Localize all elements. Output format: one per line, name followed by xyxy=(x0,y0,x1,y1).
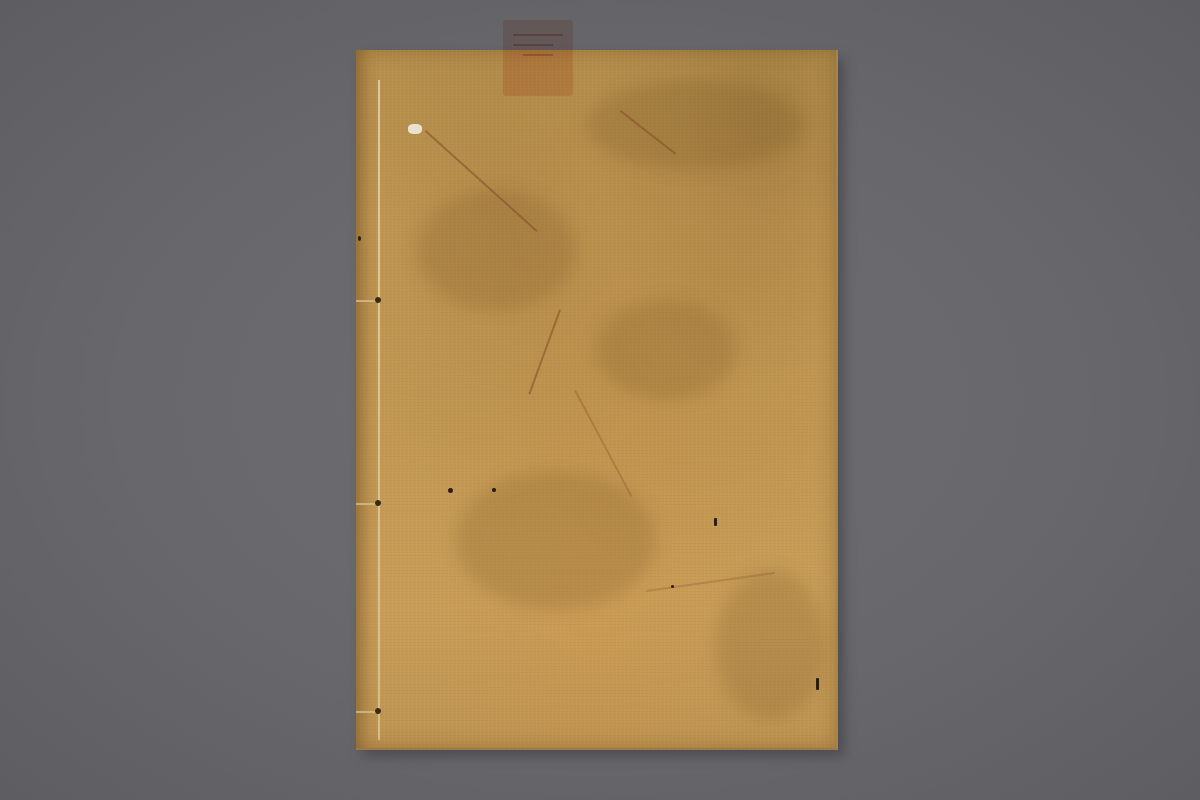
book-cover xyxy=(356,50,838,750)
worn-spot xyxy=(408,124,422,134)
binding-thread xyxy=(378,80,380,740)
seal-stroke xyxy=(513,44,553,46)
speck xyxy=(492,488,496,492)
speck xyxy=(448,488,453,493)
seal-stroke xyxy=(513,34,563,36)
stain xyxy=(596,300,736,400)
speck xyxy=(671,585,674,588)
speck xyxy=(816,678,819,690)
seal-stroke xyxy=(523,54,553,56)
spine-edge xyxy=(356,50,380,748)
stain xyxy=(586,80,806,170)
red-seal-stamp xyxy=(503,20,573,96)
speck xyxy=(714,518,717,526)
stitch-hole xyxy=(375,708,381,714)
stitch-hole xyxy=(375,500,381,506)
stain xyxy=(716,570,826,720)
stain xyxy=(456,470,656,610)
speck xyxy=(358,236,361,241)
stain xyxy=(416,190,576,310)
stitch-hole xyxy=(375,297,381,303)
